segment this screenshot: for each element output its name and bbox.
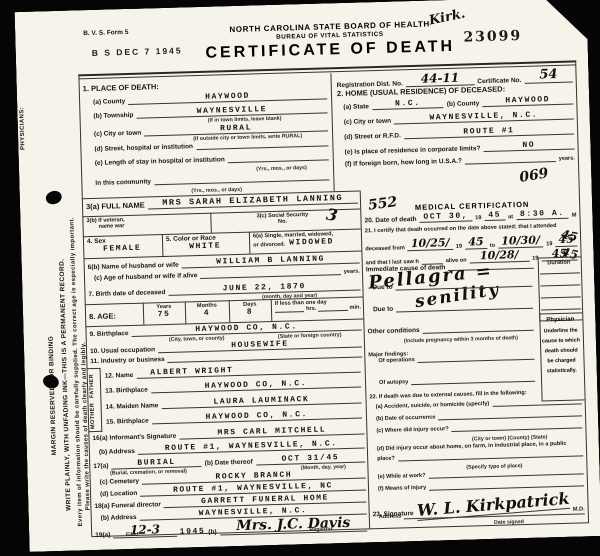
autopsy-row: Of autopsy <box>379 376 535 386</box>
cemetery-label: (c) Cemetery <box>100 478 140 486</box>
spouse-label: 6(b) Name of husband or wife <box>88 262 179 272</box>
age-hrs-label: hrs. <box>306 306 316 312</box>
sex-cell: 4. Sex FEMALE <box>87 236 159 254</box>
home-corp-row: (e) Is place of residence in corporate l… <box>344 140 574 156</box>
county-label: (a) County <box>93 98 125 106</box>
accident-value <box>492 403 581 406</box>
industry-value <box>168 357 363 363</box>
injury-place-label: (d) Did injury occur about home, on farm… <box>377 441 567 452</box>
township-label: (b) Township <box>93 112 133 120</box>
due-to-label-1: Due to <box>372 284 392 292</box>
father-birthplace-value: HAYWOOD CO, N.C. <box>151 378 362 394</box>
community-value <box>154 179 329 185</box>
received-stamp: B S DEC 7 1945 <box>92 45 183 58</box>
marital-label2: or divorced. <box>253 242 285 249</box>
death-date-value: OCT 30, <box>419 211 472 222</box>
age-days-cell: Days 8 <box>229 301 271 317</box>
marital-value: WIDOWED <box>289 237 334 247</box>
stay-hint: (Yrs., mos., or days) <box>239 165 324 173</box>
informant-signature-label: 16(a) Informant's Signature <box>92 433 176 442</box>
means-of-injury-label: (f) Means of injury <box>378 485 426 492</box>
home-county-value: HAYWOOD <box>482 95 573 108</box>
injury-place-value <box>398 455 583 461</box>
age-months-cell: Months 4 <box>185 302 229 318</box>
disposition-num: 17(a) <box>93 463 108 470</box>
death-date-at: at <box>508 214 513 220</box>
father-name-row: 12. Name ALBERT WRIGHT <box>105 363 361 380</box>
serial-number: 23099 <box>463 28 522 46</box>
autopsy-value <box>411 381 535 385</box>
home-corp-label: (e) Is place of residence in corporate l… <box>345 145 481 156</box>
age-less-cell: If less than one day hrs. min. <box>275 299 361 313</box>
other-conditions-row: Other conditions <box>368 324 534 336</box>
home-foreign-value <box>465 161 556 165</box>
column-divider <box>330 73 334 191</box>
physician-note-text: Underline the cause to which death shoul… <box>541 325 582 376</box>
filed-year: 1945 <box>180 527 206 537</box>
filed-b-label: (b) <box>208 529 217 536</box>
injury-place-label2: place? <box>377 456 395 462</box>
place-of-death-section: 1. PLACE OF DEATH: <box>83 82 159 93</box>
margin-physicians-label: PHYSICIANS: <box>17 30 26 150</box>
operations-label: Of operations <box>378 357 415 364</box>
rule-line <box>210 213 212 233</box>
death-date-label: 20. Date of death <box>364 216 416 224</box>
years-word: years. <box>344 269 360 275</box>
community-row: In this community <box>95 173 329 187</box>
punch-hole <box>41 373 60 390</box>
stay-value <box>228 159 329 163</box>
veteran-cell: 3(b) If veteran, name war <box>86 215 206 230</box>
while-at-work-value <box>429 473 584 478</box>
birthplace-label: 9. Birthplace <box>90 330 129 338</box>
home-state-value: N.C. <box>372 98 444 110</box>
informant-signature-value: MRS CARL MITCHELL <box>179 424 364 439</box>
due-to-value-2 <box>396 308 533 313</box>
home-city-row: (c) City or town WAYNESVILLE, N.C. <box>344 110 574 126</box>
death-time-value: 8:30 A. <box>516 209 569 220</box>
spouse-age-label: (c) Age of husband or wife if alive <box>94 272 198 282</box>
father-side-label: FATHER <box>89 370 96 398</box>
attended-to-value: 10/30/ <box>498 233 543 248</box>
rule-line <box>162 234 164 256</box>
home-city-value: WAYNESVILLE, N.C. <box>394 110 574 125</box>
father-birthplace-label: 13. Birthplace <box>105 387 148 395</box>
while-at-work-label: (e) While at work? <box>378 473 426 480</box>
handwritten-code: 069 <box>518 165 549 186</box>
city-label: (c) City or town <box>94 130 141 138</box>
marital-cell: 6(a) Single, married, widowed, or divorc… <box>253 231 359 249</box>
other-conditions-label: Other conditions <box>368 327 420 335</box>
age-years-cell: Years 75 <box>143 303 185 319</box>
spouse-age-value <box>200 274 340 279</box>
home-foreign-label: (f) If foreign born, how long in U.S.A.? <box>345 158 462 168</box>
full-name-label: 3(a) FULL NAME <box>86 201 145 212</box>
certificate-form: B. V. S. Form 5 B S DEC 7 1945 NORTH CAR… <box>77 10 591 542</box>
duration-label: Duration <box>538 259 580 266</box>
physician-address-value <box>404 513 585 519</box>
occupation-label: 10. Usual occupation <box>90 346 155 355</box>
age-min-label: min. <box>349 305 361 311</box>
father-birthplace-row: 13. Birthplace HAYWOOD CO, N.C. <box>105 378 361 395</box>
home-foreign-units: years. <box>559 156 575 162</box>
home-county-label: (b) County <box>447 100 480 108</box>
mother-side-label: MOTHER <box>89 401 96 429</box>
death-date-year: 45 <box>484 210 505 221</box>
county-value: HAYWOOD <box>128 89 327 105</box>
community-label: In this community <box>95 178 151 187</box>
mother-birthplace-label: 15. Birthplace <box>106 418 149 426</box>
age-hrs-value <box>275 311 304 313</box>
mother-birthplace-value: HAYWOOD CO, N.C. <box>152 409 363 425</box>
father-name-value: ALBERT WRIGHT <box>136 363 361 379</box>
filed-hint: Filed <box>117 532 147 539</box>
occurrence-date-row: (b) Date of occurrence <box>376 410 582 422</box>
occurrence-date-label: (b) Date of occurrence <box>376 414 436 422</box>
mother-name-row: 14. Maiden Name LAURA LAUMINACK <box>105 394 361 411</box>
injury-where-label: (c) Where did injury occur? <box>376 426 449 434</box>
home-street-value: ROUTE #1 <box>404 125 575 140</box>
injury-where-value <box>452 427 583 432</box>
rule-line <box>271 299 273 321</box>
date-signed-hint: Date signed <box>469 518 549 526</box>
father-name-label: 12. Name <box>105 372 134 380</box>
home-street-label: (d) Street or R.F.D. <box>344 132 401 141</box>
certificate-paper: PHYSICIANS: MARGIN RESERVED FOR BINDING … <box>15 0 600 552</box>
scan-background: PHYSICIANS: MARGIN RESERVED FOR BINDING … <box>0 0 600 556</box>
filed-num: 19(a) <box>95 532 110 539</box>
occurrence-date-value <box>438 415 582 420</box>
street-value <box>196 145 328 150</box>
accident-label: (a) Accident, suicide, or homicide (spec… <box>376 401 490 410</box>
death-date-19: 19 <box>475 215 481 221</box>
race-cell: 5. Color or Race WHITE <box>166 234 246 252</box>
autopsy-label: Of autopsy <box>379 379 408 386</box>
physician-note-title: Physician <box>540 316 580 323</box>
home-street-row: (d) Street or R.F.D. ROUTE #1 <box>344 125 574 141</box>
other-conditions-hint: (Include pregnancy within 3 months of de… <box>386 335 536 345</box>
street-label: (d) Street, hospital or institution <box>94 143 193 153</box>
attended-from-year: 45 <box>465 235 487 250</box>
mother-name-value: LAURA LAUMINACK <box>161 394 361 410</box>
form-number: B. V. S. Form 5 <box>83 29 128 37</box>
operations-value <box>418 359 535 363</box>
industry-label: 11. Industry or business <box>90 356 165 365</box>
due-to-row-2: Due to <box>373 302 533 313</box>
cemetery-location-label: (d) Location <box>100 490 137 498</box>
certificate-no-value: 54 <box>524 67 573 84</box>
age-min-value <box>318 310 347 312</box>
stay-label: (e) Length of stay in hospital or instit… <box>95 156 225 167</box>
other-conditions-value <box>423 330 534 334</box>
disposition-date-label: (b) Date thereof <box>205 459 253 467</box>
due-to-label-2: Due to <box>373 306 393 314</box>
home-state-label: (a) State <box>343 103 369 111</box>
funeral-director-label: 18(a) Funeral director <box>94 501 161 510</box>
informant-address-value: ROUTE #1, WAYNESVILLE, N.C. <box>138 438 365 454</box>
informant-address-label: (b) Address <box>99 448 135 456</box>
death-time-m: M <box>572 212 577 218</box>
spouse-value: WILLIAM B LANNING <box>182 254 360 269</box>
birthdate-label: 7. Birth date of deceased <box>88 289 165 298</box>
physician-address-label: Address <box>379 513 402 520</box>
full-name-row: 3(a) FULL NAME MRS SARAH ELIZABETH LANNI… <box>86 193 358 212</box>
rule-line <box>249 232 251 254</box>
home-corp-value: NO <box>483 140 574 153</box>
injury-where-row: (c) Where did injury occur? <box>376 422 582 434</box>
home-city-label: (c) City or town <box>344 118 391 126</box>
attended-from-value: 10/25/ <box>407 236 452 251</box>
margin-binding-label: MARGIN RESERVED FOR BINDING <box>45 235 58 455</box>
external-causes-label: 22. If death was due to external causes,… <box>369 390 526 400</box>
mother-birthplace-row: 15. Birthplace HAYWOOD CO, N.C. <box>106 409 362 426</box>
accident-row: (a) Accident, suicide, or homicide (spec… <box>376 398 582 410</box>
age-years-value: 75 <box>143 309 185 319</box>
injury-place-row: place? <box>377 450 583 462</box>
age-label: 8. AGE: <box>89 311 116 321</box>
age-months-value: 4 <box>185 308 229 318</box>
age-days-value: 8 <box>229 307 271 317</box>
registrar-hint: Registrar <box>291 526 351 534</box>
mother-name-label: 14. Maiden Name <box>106 402 159 410</box>
